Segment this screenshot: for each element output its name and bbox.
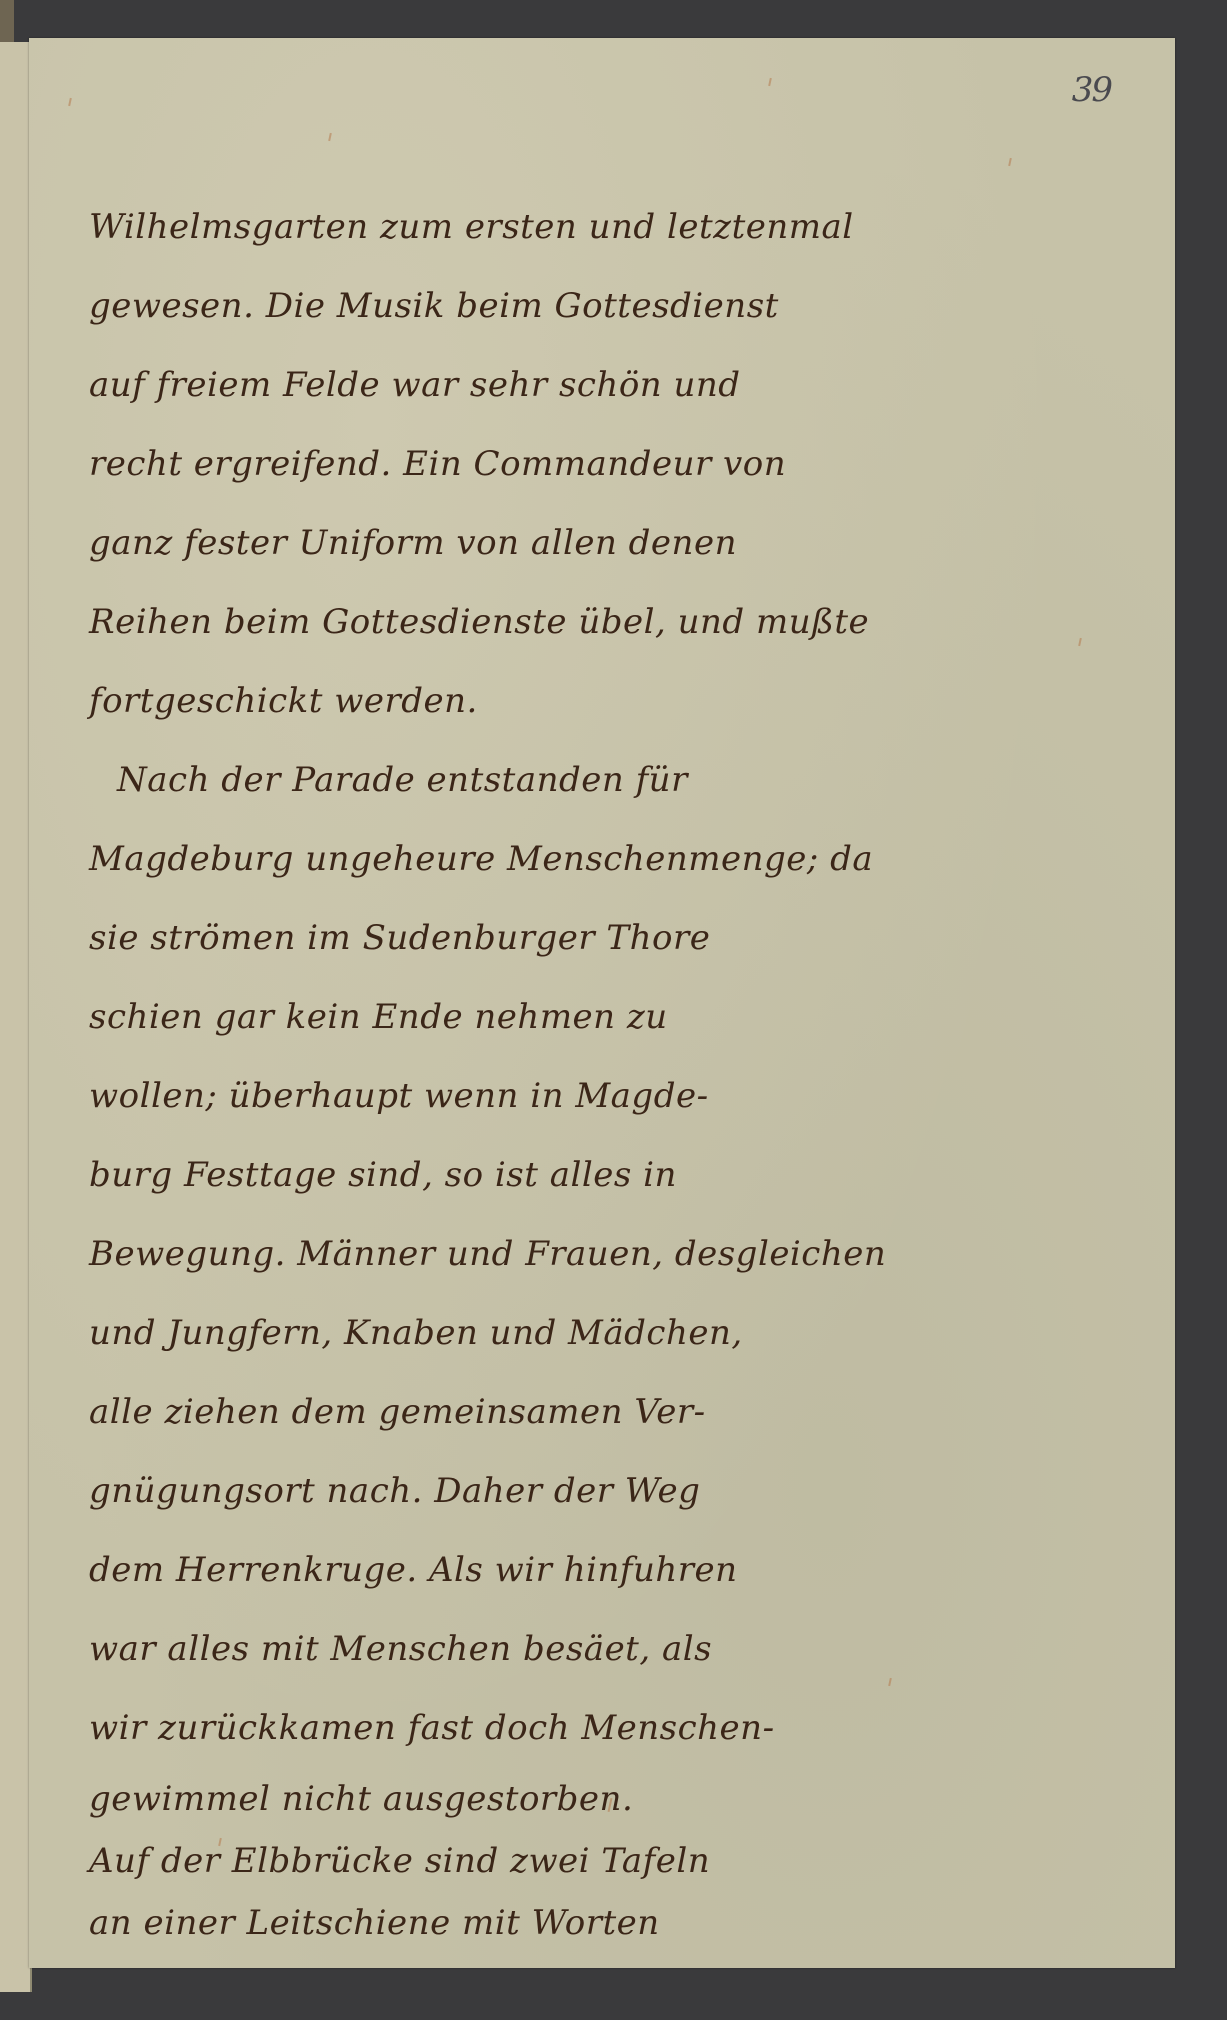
- text-line: an einer Leitschiene mit Worten: [89, 1892, 929, 1954]
- text-line: Reihen beim Gottesdienste übel, und mußt…: [89, 583, 929, 662]
- handwritten-text: Wilhelmsgarten zum ersten und letztenmal…: [89, 188, 929, 1954]
- text-line: und Jungfern, Knaben und Mädchen,: [89, 1294, 929, 1373]
- text-line: burg Festtage sind, so ist alles in: [89, 1136, 929, 1215]
- text-line: gewimmel nicht ausgestorben.: [89, 1768, 929, 1830]
- text-line: gewesen. Die Musik beim Gottesdienst: [89, 267, 929, 346]
- text-line: recht ergreifend. Ein Commandeur von: [89, 425, 929, 504]
- manuscript-page: 39 Wilhelmsgarten zum ersten und letzten…: [29, 38, 1175, 1968]
- text-line: alle ziehen dem gemeinsamen Ver-: [89, 1373, 929, 1452]
- text-line: wollen; überhaupt wenn in Magde-: [89, 1057, 929, 1136]
- text-line: gnügungsort nach. Daher der Weg: [89, 1452, 929, 1531]
- text-line: Magdeburg ungeheure Menschenmenge; da: [89, 820, 929, 899]
- text-line: auf freiem Felde war sehr schön und: [89, 346, 929, 425]
- text-line: Bewegung. Männer und Frauen, desgleichen: [89, 1215, 929, 1294]
- text-line: Auf der Elbbrücke sind zwei Tafeln: [89, 1830, 929, 1892]
- text-line: sie strömen im Sudenburger Thore: [89, 899, 929, 978]
- text-line: fortgeschickt werden.: [89, 662, 929, 741]
- text-line: wir zurückkamen fast doch Menschen-: [89, 1689, 929, 1768]
- text-line: war alles mit Menschen besäet, als: [89, 1610, 929, 1689]
- text-line: ganz fester Uniform von allen denen: [89, 504, 929, 583]
- text-line: Wilhelmsgarten zum ersten und letztenmal: [89, 188, 929, 267]
- adjacent-page-edge: [0, 42, 32, 1992]
- text-line: Nach der Parade entstanden für: [89, 741, 929, 820]
- page-number: 39: [1072, 70, 1111, 110]
- binding-edge: [0, 0, 14, 48]
- text-line: dem Herrenkruge. Als wir hinfuhren: [89, 1531, 929, 1610]
- text-line: schien gar kein Ende nehmen zu: [89, 978, 929, 1057]
